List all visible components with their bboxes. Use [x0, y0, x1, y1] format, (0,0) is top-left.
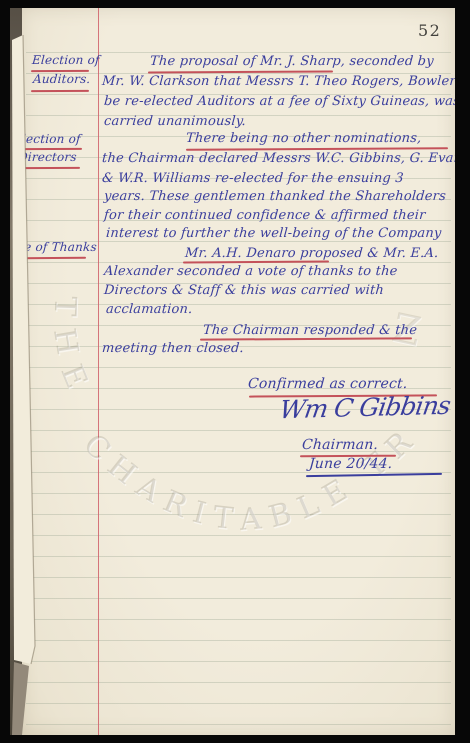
- chairman-signature: Wm C Gibbins: [278, 398, 450, 418]
- handwritten-line: Directors & Staff & this was carried wit…: [103, 283, 384, 299]
- notebook-page: CHARITABLE TRUST CHARITABLE TRUST THE TH…: [20, 8, 455, 735]
- handwritten-line: carried unanimously.: [103, 114, 246, 130]
- handwritten-line: & W.R. Williams re-elected for the ensui…: [101, 171, 404, 187]
- handwritten-line: There being no other nominations,: [185, 131, 421, 147]
- book-page-edges: [8, 8, 48, 735]
- page-number: 52: [418, 23, 441, 39]
- red-margin-line: [98, 8, 99, 735]
- handwritten-line: be re-elected Auditors at a fee of Sixty…: [103, 94, 455, 110]
- handwritten-line: Alexander seconded a vote of thanks to t…: [103, 264, 398, 280]
- handwritten-line: acclamation.: [105, 302, 193, 318]
- lower-page-wedge: [12, 662, 29, 735]
- scanned-minute-book-page: CHARITABLE TRUST CHARITABLE TRUST THE TH…: [0, 0, 470, 743]
- handwritten-line: for their continued confidence & affirme…: [103, 208, 426, 224]
- handwritten-line: years. These gentlemen thanked the Share…: [103, 189, 446, 205]
- confirmed-as-correct-text: Confirmed as correct.: [247, 376, 408, 392]
- handwritten-line: The proposal of Mr. J. Sharp, seconded b…: [149, 54, 434, 70]
- chairman-title: Chairman.: [301, 437, 378, 453]
- handwritten-line: interest to further the well-being of th…: [105, 226, 442, 242]
- minute-date: June 20/44.: [308, 456, 393, 472]
- handwritten-line: the Chairman declared Messrs W.C. Gibbin…: [101, 151, 455, 167]
- overhanging-page-edge: [12, 35, 35, 664]
- handwritten-line: Mr. A.H. Denaro proposed & Mr. E.A.: [184, 246, 439, 262]
- handwritten-line: meeting then closed.: [101, 341, 244, 357]
- handwritten-line: Mr. W. Clarkson that Messrs T. Theo Roge…: [101, 74, 455, 90]
